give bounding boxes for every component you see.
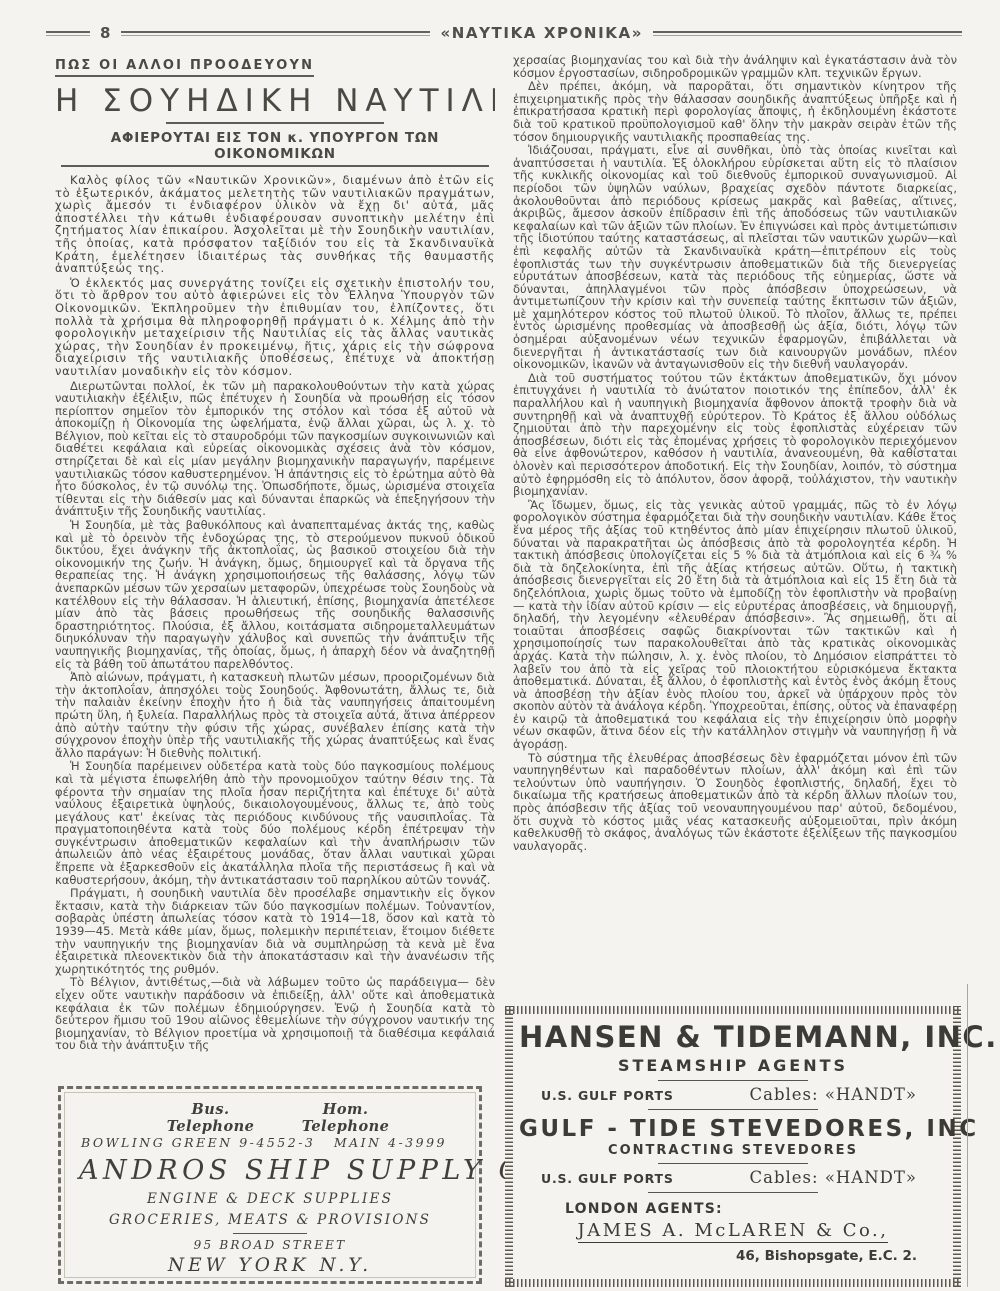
header-rule-left [46, 31, 90, 36]
body-paragraph: Ἡ Σουηδία, μὲ τὰς βαθυκόλπους καὶ ἀναπεπ… [55, 519, 495, 670]
body-paragraph: Ἰδιάζουσαι, πράγματι, εἶνε αἱ συνθῆκαι, … [513, 144, 957, 371]
magazine-page: 8 «ΝΑΥΤΙΚΑ ΧΡΟΝΙΚΑ» ΠΩΣ ΟΙ ΑΛΛΟΙ ΠΡΟΟΔΕΥ… [0, 0, 1000, 1291]
header-rule-middle [121, 31, 430, 36]
body-paragraph: Τὸ σύστημα τῆς ἐλευθέρας ἀποσβέσεως δὲν … [513, 752, 957, 853]
andros-ad: Bus. Telephone Hom. Telephone BOWLING GR… [58, 1086, 482, 1284]
body-paragraph: Ἂς ἴδωμεν, ὅμως, εἰς τὰς γενικὰς αὐτοῦ γ… [513, 499, 957, 751]
andros-ad-content: Bus. Telephone Hom. Telephone BOWLING GR… [64, 1092, 476, 1278]
hansen-ports-row-2: U.S. GULF PORTS Cables: «HANDT» [519, 1168, 947, 1187]
london-agents-address: 46, Bishopsgate, E.C. 2. [519, 1248, 917, 1264]
body-paragraph: Διερωτῶνται πολλοί, ἐκ τῶν μὴ παρακολουθ… [55, 380, 495, 519]
left-column: ΠΩΣ ΟΙ ΑΛΛΟΙ ΠΡΟΟΔΕΥΟΥΝ Η ΣΟΥΗΔΙΚΗ ΝΑΥΤΙ… [55, 54, 495, 1080]
andros-city-address: NEW YORK N.Y. [79, 1255, 461, 1276]
body-paragraph: Ἀπὸ αἰώνων, πράγματι, ἡ κατασκευὴ πλωτῶν… [55, 671, 495, 759]
gulf-ports-label-1: U.S. GULF PORTS [541, 1088, 674, 1103]
header-rule-right [653, 31, 962, 36]
page-number: 8 [100, 24, 111, 42]
cables-label-2: Cables: «HANDT» [749, 1168, 917, 1187]
page-edge-line [967, 984, 968, 1287]
stevedores-subtitle: CONTRACTING STEVEDORES [519, 1143, 947, 1158]
page-header: 8 «ΝΑΥΤΙΚΑ ΧΡΟΝΙΚΑ» [46, 24, 962, 42]
hansen-divider-1 [658, 1080, 808, 1081]
hansen-divider-2 [648, 1109, 818, 1110]
andros-phone-labels: Bus. Telephone Hom. Telephone [79, 1101, 461, 1135]
bus-telephone-label: Bus. Telephone [145, 1101, 276, 1135]
london-agents-name: JAMES A. McLAREN & Co., [578, 1220, 889, 1243]
body-paragraph: Διὰ τοῦ συστήματος τούτου τῶν ἐκτάκτων ἀ… [513, 372, 957, 498]
stevedores-company-name: GULF - TIDE STEVEDORES, INC [519, 1116, 947, 1142]
andros-services-line2: GROCERIES, MEATS & PROVISIONS [79, 1212, 461, 1228]
intro-paragraph: Καλὸς φίλος τῶν «Ναυτικῶν Χρονικῶν», δια… [55, 174, 495, 275]
title-underline [166, 122, 384, 124]
article-title: Η ΣΟΥΗΔΙΚΗ ΝΑΥΤΙΛΙΑ [55, 83, 495, 119]
bus-telephone-number: BOWLING GREEN 9-4552-3 [81, 1135, 315, 1150]
article-dedication: ΑΦΙΕΡΟΥΤΑΙ ΕΙΣ ΤΟΝ κ. ΥΠΟΥΡΓΟΝ ΤΩΝ ΟΙΚΟΝ… [61, 130, 489, 167]
hansen-company-name: HANSEN & TIDEMANN, INC. [519, 1020, 947, 1054]
andros-company-name: ANDROS SHIP SUPPLY Co [79, 1155, 461, 1186]
body-paragraph: Τὸ Βέλγιον, ἀντιθέτως,—διὰ νὰ λάβωμεν το… [55, 976, 495, 1052]
hansen-divider-4 [648, 1192, 818, 1193]
right-column: χερσαίας βιομηχανίας του καὶ διὰ τὴν ἀνά… [513, 54, 957, 1002]
andros-street-address: 95 BROAD STREET [79, 1238, 461, 1252]
body-paragraph: Δὲν πρέπει, ἀκόμη, νὰ παρορᾶται, ὅτι σημ… [513, 80, 957, 143]
hansen-ports-row-1: U.S. GULF PORTS Cables: «HANDT» [519, 1085, 947, 1104]
hansen-ad: HANSEN & TIDEMANN, INC. STEAMSHIP AGENTS… [505, 1006, 961, 1287]
andros-divider [233, 1233, 307, 1234]
hom-telephone-label: Hom. Telephone [276, 1101, 415, 1135]
hom-telephone-number: MAIN 4-3999 [334, 1135, 447, 1150]
hansen-border-top [505, 1006, 961, 1014]
hansen-border-left [505, 1006, 513, 1287]
body-paragraph: Πράγματι, ἡ σουηδικὴ ναυτιλία δὲν προσέλ… [55, 887, 495, 975]
body-paragraph: χερσαίας βιομηχανίας του καὶ διὰ τὴν ἀνά… [513, 54, 957, 79]
london-agents-label: LONDON AGENTS: [565, 1201, 947, 1217]
hansen-divider-3 [658, 1163, 808, 1164]
hansen-border-bottom [505, 1279, 961, 1287]
andros-services-line1: ENGINE & DECK SUPPLIES [79, 1191, 461, 1207]
hansen-subtitle: STEAMSHIP AGENTS [519, 1056, 947, 1075]
hansen-ad-content: HANSEN & TIDEMANN, INC. STEAMSHIP AGENTS… [519, 1016, 947, 1277]
andros-phone-numbers: BOWLING GREEN 9-4552-3 MAIN 4-3999 [79, 1135, 461, 1150]
cables-label-1: Cables: «HANDT» [749, 1085, 917, 1104]
masthead-title: «ΝΑΥΤΙΚΑ ΧΡΟΝΙΚΑ» [440, 24, 643, 42]
body-paragraph: Ἡ Σουηδία παρέμεινεν οὐδετέρα κατὰ τοὺς … [55, 760, 495, 886]
intro-paragraph: Ὁ ἐκλεκτός μας συνεργάτης τονίζει εἰς σχ… [55, 277, 495, 378]
gulf-ports-label-2: U.S. GULF PORTS [541, 1171, 674, 1186]
article-kicker: ΠΩΣ ΟΙ ΑΛΛΟΙ ΠΡΟΟΔΕΥΟΥΝ [55, 58, 314, 77]
